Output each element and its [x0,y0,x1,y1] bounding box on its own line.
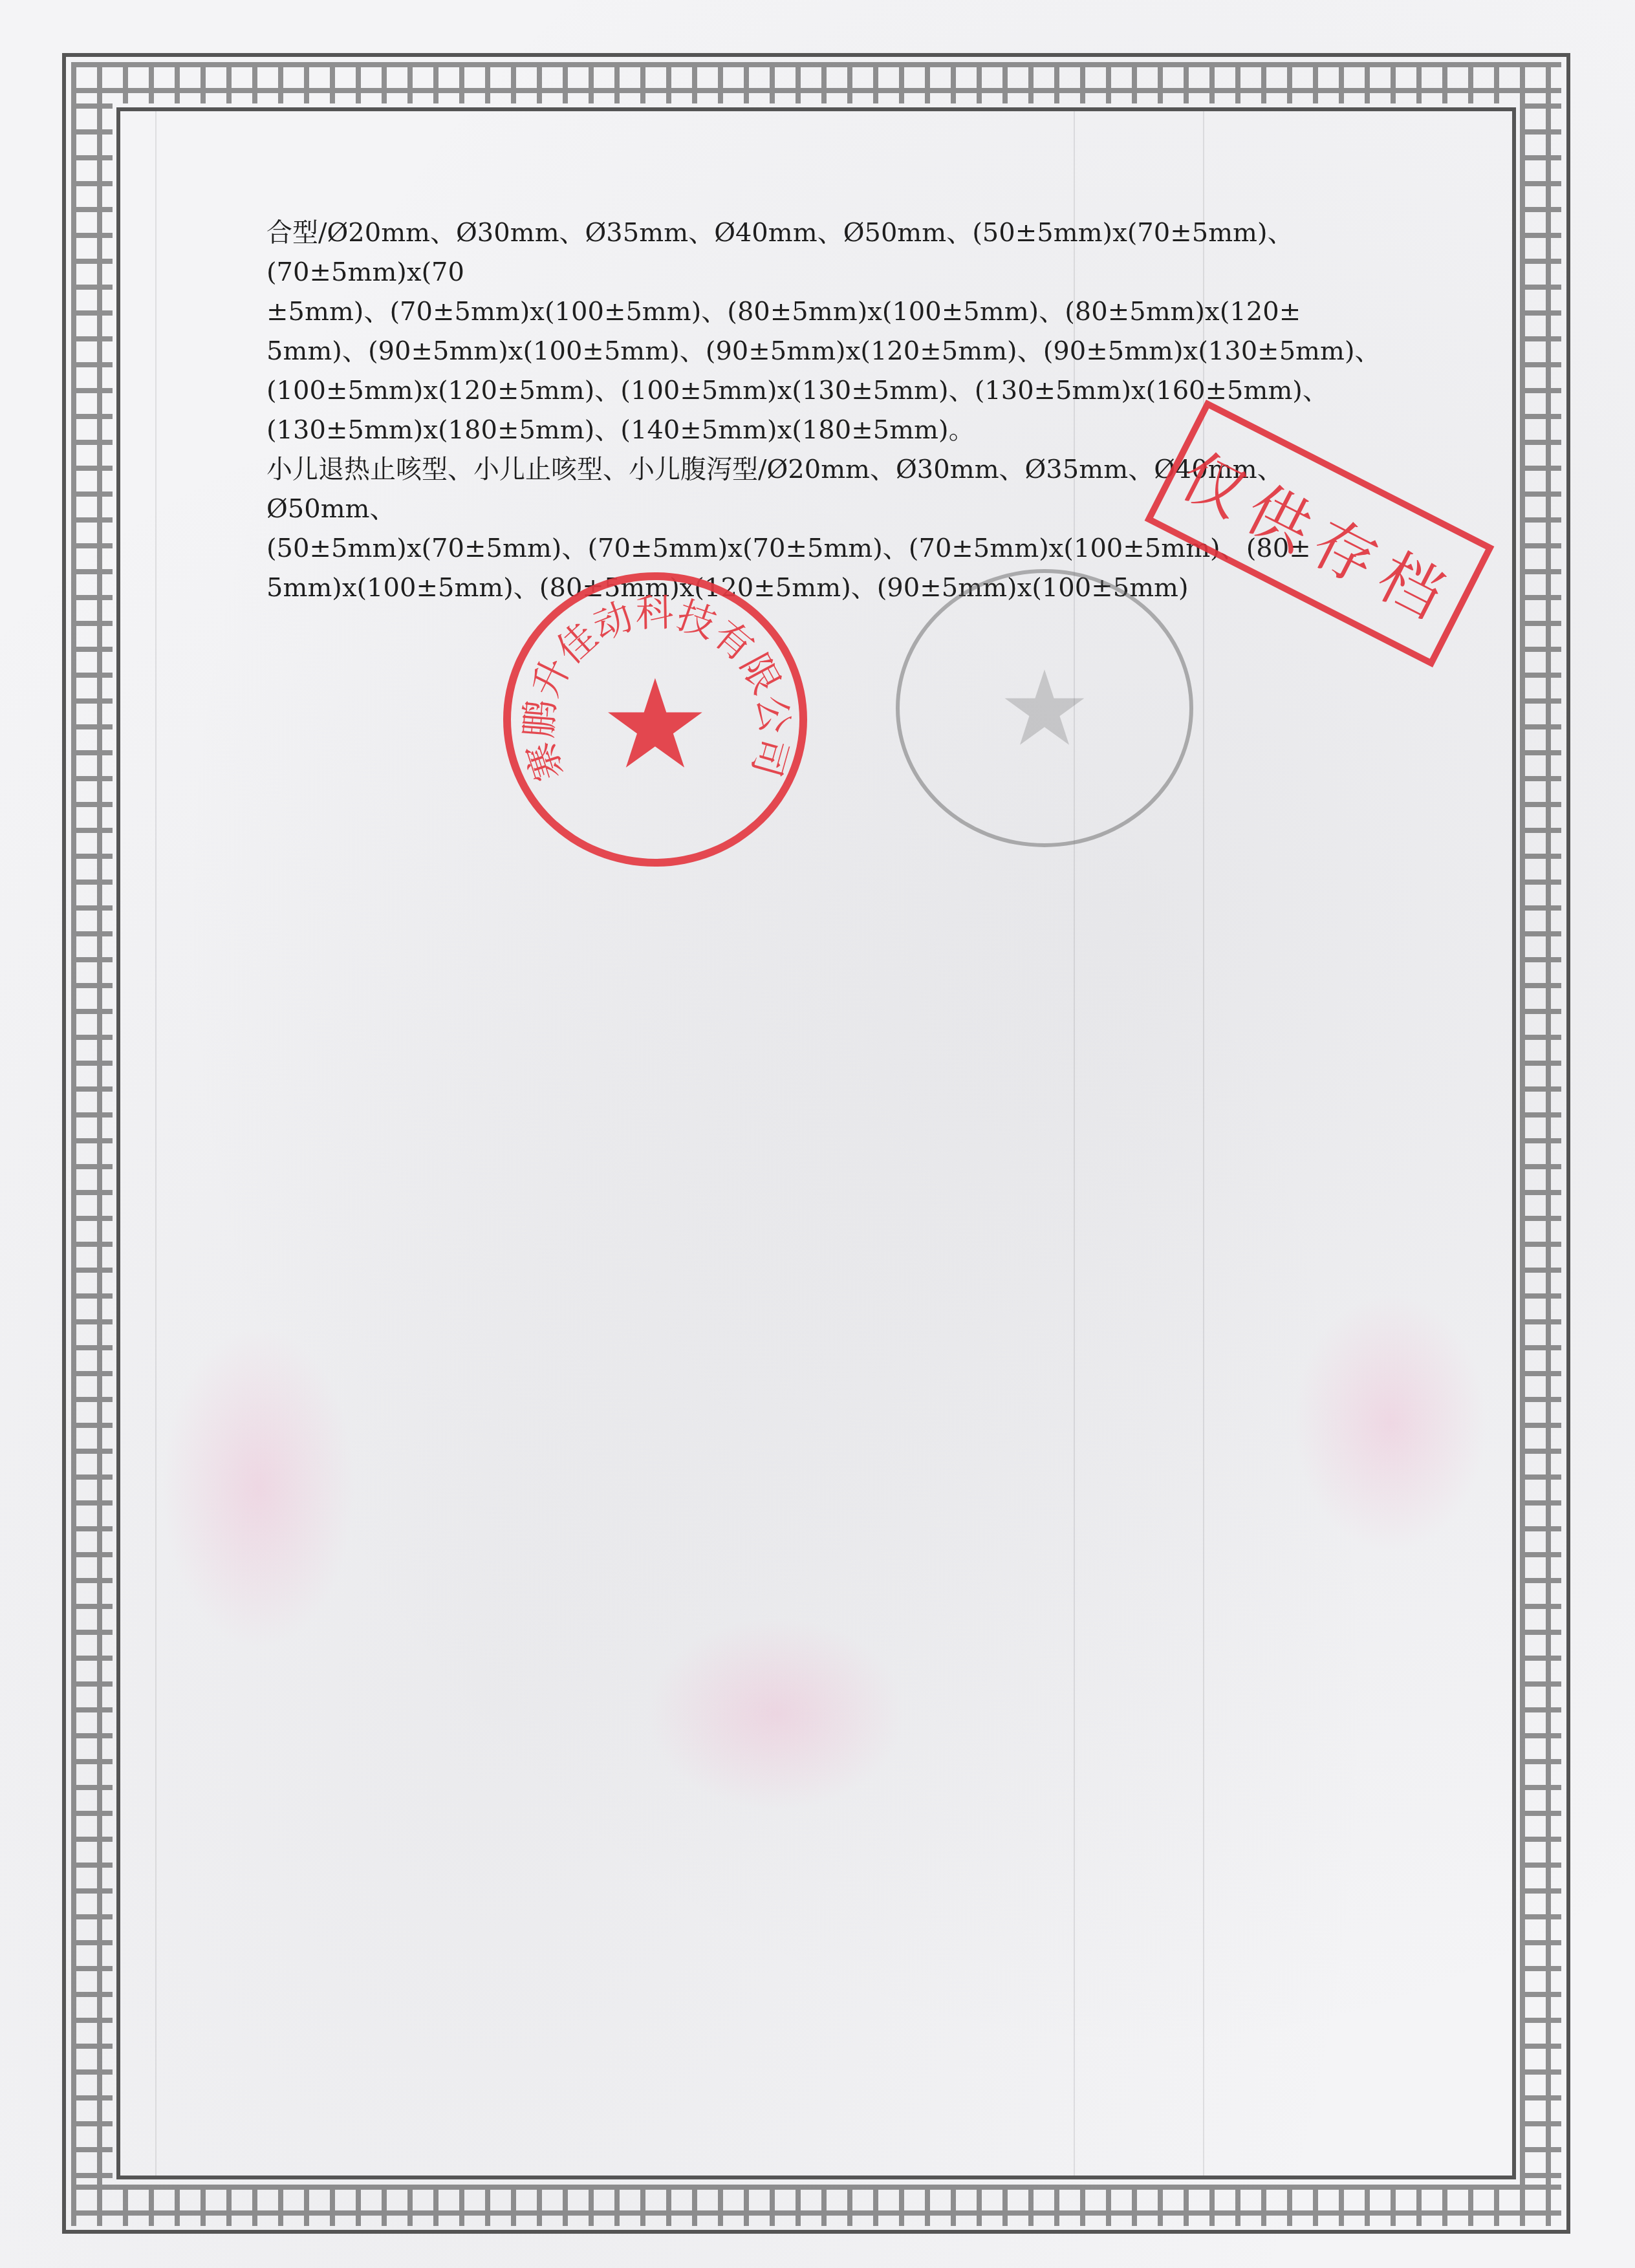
company-round-seal: 寨鹏升佳动科技有限公司 ★ [503,572,807,867]
spec-line: 5mm)、(90±5mm)x(100±5mm)、(90±5mm)x(120±5m… [266,332,1405,371]
star-icon: ★ [998,648,1090,769]
greek-key-border-top [71,62,1561,103]
spec-line: 合型/Ø20mm、Ø30mm、Ø35mm、Ø40mm、Ø50mm、(50±5mm… [266,213,1405,292]
ink-smudge [162,1326,356,1649]
gray-round-seal: ★ [896,569,1193,847]
greek-key-border-right [1520,103,1561,2185]
star-icon: ★ [600,664,710,786]
spec-line: ±5mm)、(70±5mm)x(100±5mm)、(80±5mm)x(100±5… [266,292,1405,332]
scanned-document-page: 合型/Ø20mm、Ø30mm、Ø35mm、Ø40mm、Ø50mm、(50±5mm… [0,0,1635,2268]
spec-line: (100±5mm)x(120±5mm)、(100±5mm)x(130±5mm)、… [266,371,1405,411]
spec-line: 5mm)x(100±5mm)、(80±5mm)x(120±5mm)、(90±5m… [266,568,1405,608]
greek-key-border-bottom [71,2185,1561,2226]
ink-smudge [647,1617,905,1811]
greek-key-border-left [71,103,113,2185]
ink-smudge [1294,1293,1488,1552]
